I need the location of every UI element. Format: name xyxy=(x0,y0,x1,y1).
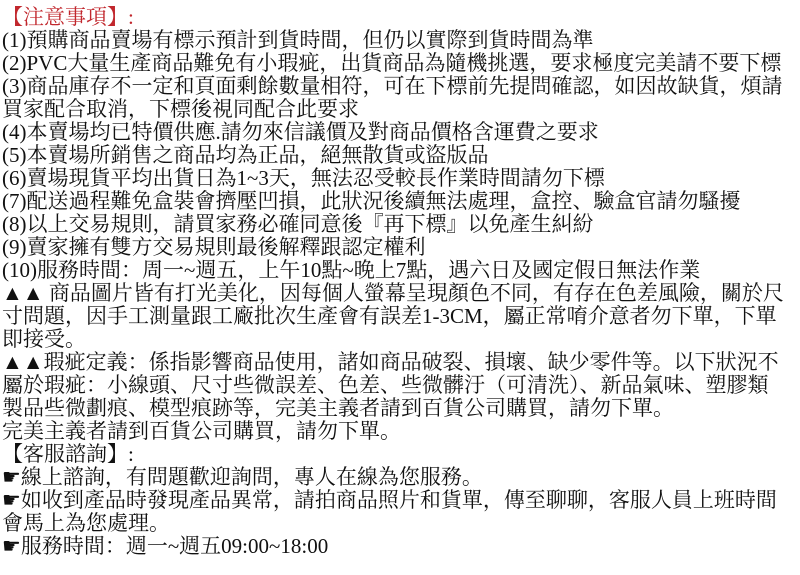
notice-warning-line: 即接受。 xyxy=(2,328,800,351)
notice-warning-line: 屬於瑕疵：小線頭、尺寸些微誤差、色差、些微髒汙（可清洗）、新品氣味、塑膠類 xyxy=(2,374,800,397)
notice-rule-line: (6)賣場現貨平均出貨日為1~3天，無法忍受較長作業時間請勿下標 xyxy=(2,167,800,190)
notice-rule-line: (2)PVC大量生產商品難免有小瑕疵，出貨商品為隨機挑選，要求極度完美請不要下標 xyxy=(2,52,800,75)
notice-warning-line: 製品些微劃痕、模型痕跡等，完美主義者請到百貨公司購買，請勿下單。 xyxy=(2,397,800,420)
notice-rule-line: (8)以上交易規則，請買家務必確同意後『再下標』以免產生糾紛 xyxy=(2,213,800,236)
service-info-line: ☛線上諮詢，有問題歡迎詢問，專人在線為您服務。 xyxy=(2,466,800,489)
notice-rule-line: (1)預購商品賣場有標示預計到貨時間，但仍以實際到貨時間為準 xyxy=(2,29,800,52)
notice-warnings-list: ▲▲ 商品圖片皆有打光美化，因每個人螢幕呈現顏色不同，有存在色差風險，關於尺寸問… xyxy=(2,282,800,443)
notice-rule-line: (3)商品庫存不一定和頁面剩餘數量相符，可在下標前先提問確認，如因故缺貨，煩請 xyxy=(2,75,800,98)
service-info-line: ☛如收到產品時發現產品異常，請拍商品照片和貨單，傳至聊聊，客服人員上班時間 xyxy=(2,489,800,512)
notice-title: 【注意事項】: xyxy=(2,6,800,29)
notice-rule-line: (7)配送過程難免盒裝會擠壓凹損，此狀況後續無法處理，盒控、驗盒官請勿騷擾 xyxy=(2,190,800,213)
service-title: 【客服諮詢】: xyxy=(2,443,800,466)
notice-warning-line: ▲▲ 商品圖片皆有打光美化，因每個人螢幕呈現顏色不同，有存在色差風險，關於尺 xyxy=(2,282,800,305)
notice-warning-line: 寸問題，因手工測量跟工廠批次生產會有誤差1-3CM，屬正常唷介意者勿下單，下單 xyxy=(2,305,800,328)
service-info-list: ☛線上諮詢，有問題歡迎詢問，專人在線為您服務。☛如收到產品時發現產品異常，請拍商… xyxy=(2,466,800,558)
notice-rule-line: 買家配合取消，下標後視同配合此要求 xyxy=(2,98,800,121)
notice-rule-line: (4)本賣場均已特價供應.請勿來信議價及對商品價格含運費之要求 xyxy=(2,121,800,144)
notice-warning-line: ▲▲瑕疵定義：係指影響商品使用，諸如商品破裂、損壞、缺少零件等。以下狀況不 xyxy=(2,351,800,374)
service-info-line: 會馬上為您處理。 xyxy=(2,512,800,535)
service-info-line: ☛服務時間：週一~週五09:00~18:00 xyxy=(2,535,800,558)
notice-rule-line: (10)服務時間：周一~週五，上午10點~晚上7點，遇六日及國定假日無法作業 xyxy=(2,259,800,282)
notice-rules-list: (1)預購商品賣場有標示預計到貨時間，但仍以實際到貨時間為準(2)PVC大量生產… xyxy=(2,29,800,282)
notice-rule-line: (5)本賣場所銷售之商品均為正品，絕無散貨或盜版品 xyxy=(2,144,800,167)
notice-rule-line: (9)賣家擁有雙方交易規則最後解釋跟認定權利 xyxy=(2,236,800,259)
notice-warning-line: 完美主義者請到百貨公司購買，請勿下單。 xyxy=(2,420,800,443)
seller-notice-document: 【注意事項】: (1)預購商品賣場有標示預計到貨時間，但仍以實際到貨時間為準(2… xyxy=(0,0,800,575)
